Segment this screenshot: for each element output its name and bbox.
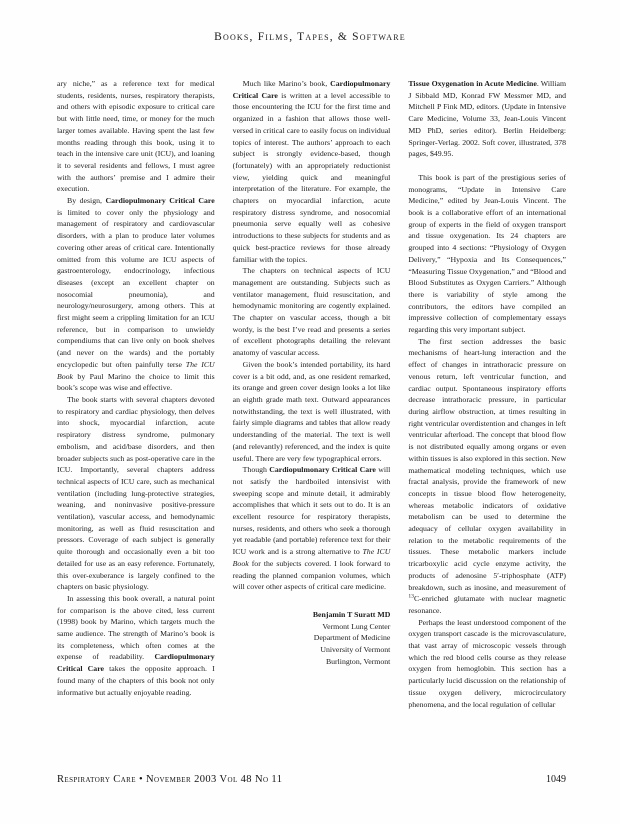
text-run: The book starts with several chapters de… xyxy=(57,395,215,591)
text-run: is written at a level accessible to thos… xyxy=(233,91,391,264)
paragraph: Though Cardiopulmonary Critical Care wil… xyxy=(233,464,391,593)
text-run: for the subjects covered. I look forward… xyxy=(233,559,391,591)
running-head-title: Books, Films, Tapes, & Software xyxy=(0,31,620,43)
paragraph: Much like Marino’s book, Cardiopulmonary… xyxy=(233,78,391,265)
paragraph: In assessing this book overall, a natura… xyxy=(57,593,215,698)
text-run: C-enriched glutamate with nuclear magnet… xyxy=(408,594,566,615)
paragraph: By design, Cardiopulmonary Critical Care… xyxy=(57,195,215,394)
text-run: Perhaps the least understood component o… xyxy=(408,618,566,709)
paragraph: Given the book’s intended portability, i… xyxy=(233,359,391,464)
text-run: Though xyxy=(243,465,270,474)
text-run: is limited to cover only the physiology … xyxy=(57,208,215,369)
column-3: Tissue Oxygenation in Acute Medicine. Wi… xyxy=(408,78,566,710)
text-run: will not satisfy the hardboiled intensiv… xyxy=(233,465,391,556)
text-run: Given the book’s intended portability, i… xyxy=(233,360,391,463)
text-run: Cardiopulmonary Critical Care xyxy=(269,465,376,474)
column-2: Much like Marino’s book, Cardiopulmonary… xyxy=(233,78,391,710)
paragraph: The first section addresses the basic me… xyxy=(408,336,566,617)
footer-journal-line: Respiratory Care • November 2003 Vol 48 … xyxy=(57,774,282,785)
text-run: Much like Marino’s book, xyxy=(243,79,330,88)
signature-name: Benjamin T Suratt MD xyxy=(233,609,391,621)
paragraph: This book is part of the prestigious ser… xyxy=(408,172,566,336)
page-footer: Respiratory Care • November 2003 Vol 48 … xyxy=(57,774,566,785)
signature-line: Vermont Lung Center xyxy=(233,621,391,633)
text-run: Tissue Oxygenation in Acute Medicine xyxy=(408,79,536,88)
paragraph: The book starts with several chapters de… xyxy=(57,394,215,593)
text-run: By design, xyxy=(67,196,106,205)
footer-page-number: 1049 xyxy=(546,774,566,785)
signature-line: Burlington, Vermont xyxy=(233,656,391,668)
column-1: ary niche,” as a reference text for medi… xyxy=(57,78,215,710)
text-run: . William J Sibbald MD, Konrad FW Messme… xyxy=(408,79,566,158)
book-citation: Tissue Oxygenation in Acute Medicine. Wi… xyxy=(408,78,566,160)
signature-line: University of Vermont xyxy=(233,644,391,656)
article-columns: ary niche,” as a reference text for medi… xyxy=(57,78,566,710)
text-run: ary niche,” as a reference text for medi… xyxy=(57,79,215,193)
paragraph: ary niche,” as a reference text for medi… xyxy=(57,78,215,195)
text-run: This book is part of the prestigious ser… xyxy=(408,173,566,334)
text-run: by Paul Marino the choice to limit this … xyxy=(57,372,215,393)
journal-page: Books, Films, Tapes, & Software ary nich… xyxy=(0,0,620,824)
signature-line: Department of Medicine xyxy=(233,632,391,644)
text-run: The first section addresses the basic me… xyxy=(408,337,566,592)
text-run: The chapters on technical aspects of ICU… xyxy=(233,266,391,357)
text-run: Cardiopulmonary Critical Care xyxy=(106,196,215,205)
signature-block: Benjamin T Suratt MDVermont Lung CenterD… xyxy=(233,609,391,668)
paragraph: The chapters on technical aspects of ICU… xyxy=(233,265,391,359)
paragraph: Perhaps the least understood component o… xyxy=(408,617,566,711)
